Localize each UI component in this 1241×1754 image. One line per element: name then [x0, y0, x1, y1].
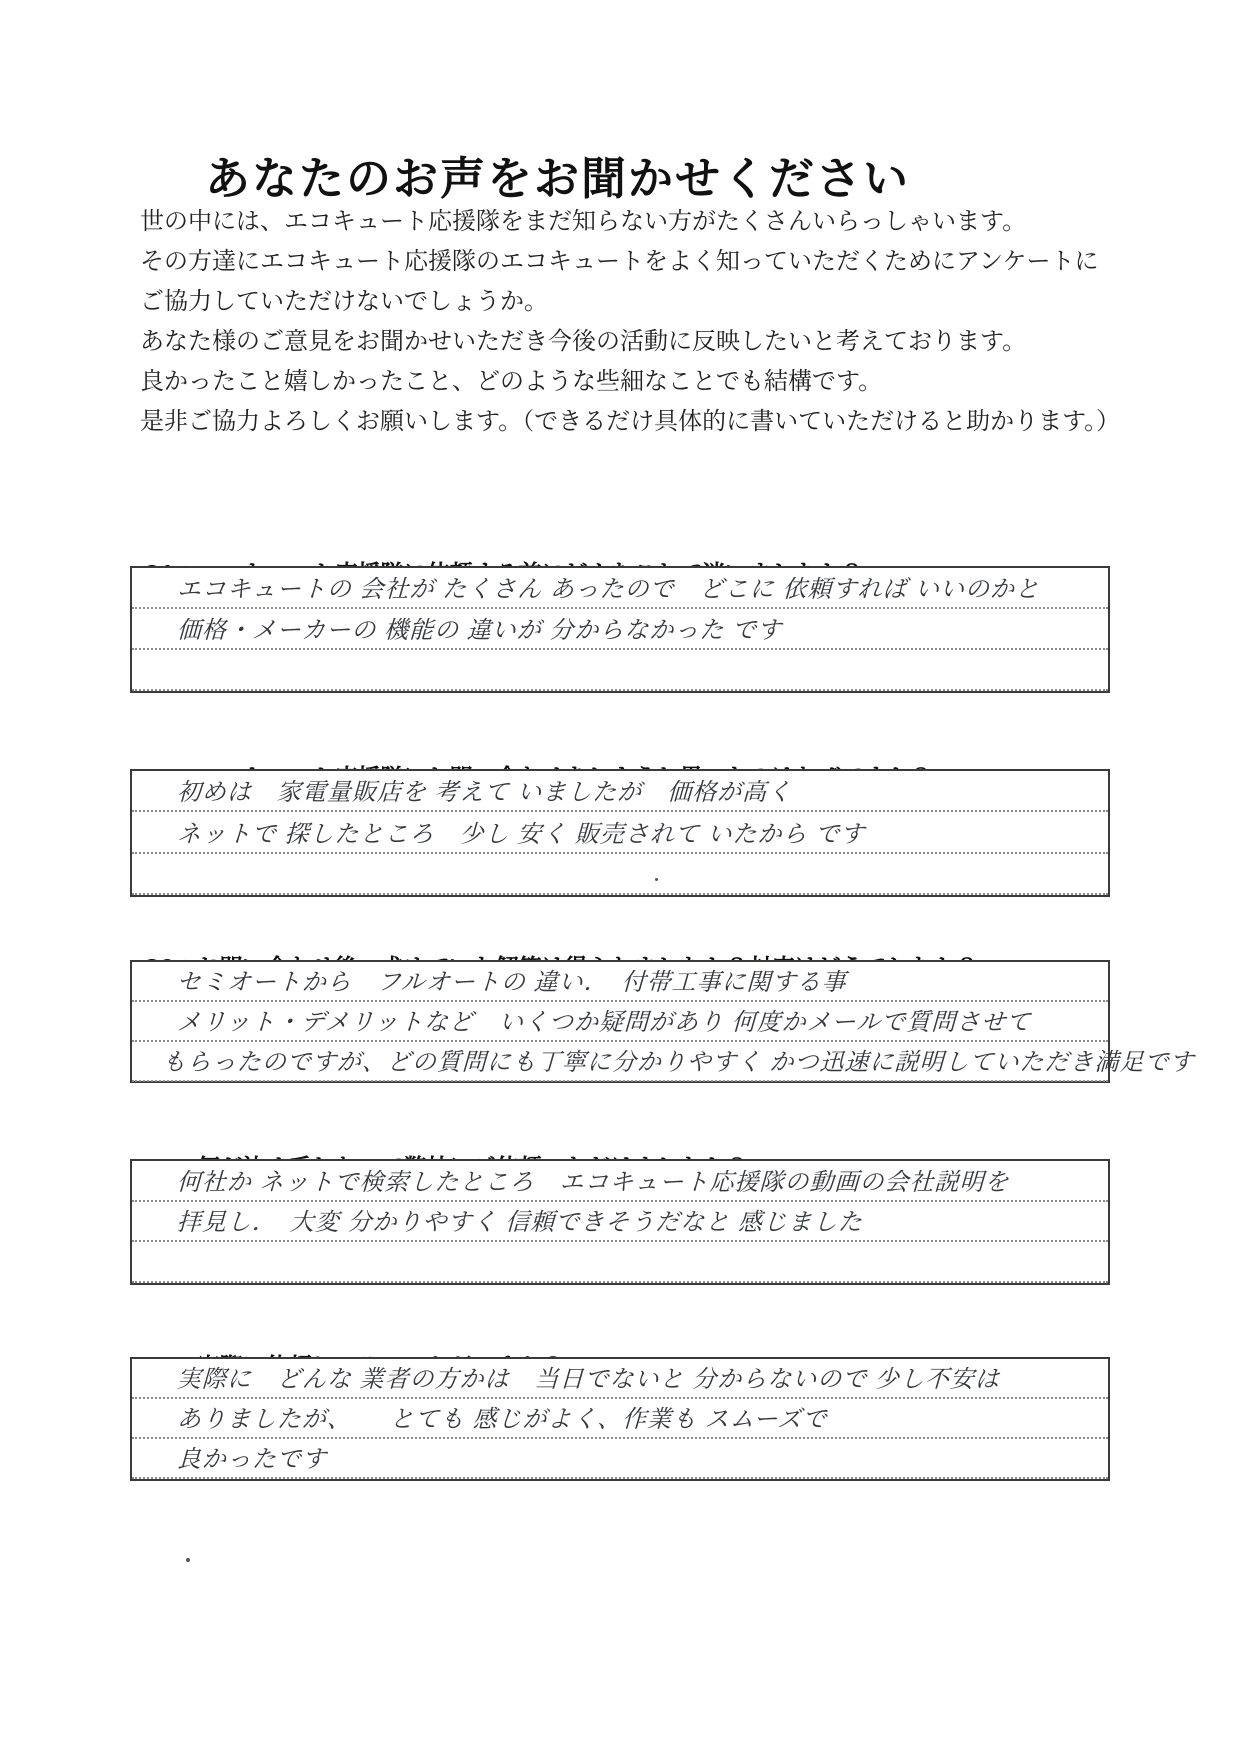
answer-row: ネットで 探したところ 少し 安く 販売されて いたから です — [132, 812, 1108, 853]
scan-artifact-dot — [186, 1558, 190, 1562]
intro-paragraph: 世の中には、エコキュート応援隊をまだ知らない方がたくさんいらっしゃいます。 その… — [140, 202, 1130, 442]
answer-row: セミオートから フルオートの 違い． 付帯工事に関する事 — [132, 962, 1108, 1002]
answer-row: ありましたが、 とても 感じがよく、作業も スムーズで — [132, 1399, 1108, 1439]
answer-row — [132, 1242, 1108, 1283]
intro-line: 是非ご協力よろしくお願いします。（できるだけ具体的に書いていただけると助かります… — [140, 402, 1130, 442]
question-2-answer-box: 初めは 家電量販店を 考えて いましたが 価格が高く ネットで 探したところ 少… — [130, 769, 1110, 897]
scan-artifact-dot — [655, 878, 658, 881]
handwritten-answer-line: もらったのですが、どの質問にも丁寧に分かりやすく かつ迅速に説明していただき満足… — [161, 1042, 1195, 1077]
answer-row: 何社か ネットで検索したところ エコキュート応援隊の動画の会社説明を — [132, 1161, 1108, 1202]
answer-row: エコキュートの 会社が たくさん あったので どこに 依頼すれば いいのかと — [132, 568, 1108, 609]
handwritten-answer-line: 何社か ネットで検索したところ エコキュート応援隊の動画の会社説明を — [176, 1162, 1010, 1197]
handwritten-answer-line: 初めは 家電量販店を 考えて いましたが 価格が高く — [176, 772, 793, 807]
intro-line: ご協力していただけないでしょうか。 — [140, 282, 1130, 322]
question-3-answer-box: セミオートから フルオートの 違い． 付帯工事に関する事 メリット・デメリットな… — [130, 960, 1110, 1083]
intro-line: 世の中には、エコキュート応援隊をまだ知らない方がたくさんいらっしゃいます。 — [140, 202, 1130, 242]
handwritten-answer-line: メリット・デメリットなど いくつか疑問があり 何度かメールで質問させて — [176, 1002, 1032, 1037]
answer-row: 価格・メーカーの 機能の 違いが 分からなかった です — [132, 609, 1108, 650]
intro-line: 良かったこと嬉しかったこと、どのような些細なことでも結構です。 — [140, 362, 1130, 402]
handwritten-answer-line: 拝見し． 大変 分かりやすく 信頼できそうだなと 感じました — [176, 1202, 863, 1237]
handwritten-answer-line: 実際に どんな 業者の方かは 当日でないと 分からないので 少し不安は — [176, 1359, 1000, 1394]
handwritten-answer-line: 良かったです — [176, 1439, 327, 1474]
handwritten-answer-line: ありましたが、 とても 感じがよく、作業も スムーズで — [176, 1399, 828, 1434]
scanned-questionnaire-page: あなたのお声をお聞かせください 世の中には、エコキュート応援隊をまだ知らない方が… — [0, 0, 1241, 1754]
answer-row — [132, 650, 1108, 691]
answer-row: もらったのですが、どの質問にも丁寧に分かりやすく かつ迅速に説明していただき満足… — [132, 1042, 1108, 1082]
handwritten-answer-line: セミオートから フルオートの 違い． 付帯工事に関する事 — [176, 962, 847, 997]
question-1-answer-box: エコキュートの 会社が たくさん あったので どこに 依頼すれば いいのかと 価… — [130, 566, 1110, 693]
handwritten-answer-line: 価格・メーカーの 機能の 違いが 分からなかった です — [176, 610, 782, 645]
answer-row — [132, 854, 1108, 895]
question-4-answer-box: 何社か ネットで検索したところ エコキュート応援隊の動画の会社説明を 拝見し． … — [130, 1159, 1110, 1285]
answer-row: 実際に どんな 業者の方かは 当日でないと 分からないので 少し不安は — [132, 1359, 1108, 1399]
handwritten-answer-line: ネットで 探したところ 少し 安く 販売されて いたから です — [176, 814, 866, 849]
intro-line: あなた様のご意見をお聞かせいただき今後の活動に反映したいと考えております。 — [140, 322, 1130, 362]
intro-line: その方達にエコキュート応援隊のエコキュートをよく知っていただくためにアンケートに — [140, 242, 1130, 282]
answer-row: 拝見し． 大変 分かりやすく 信頼できそうだなと 感じました — [132, 1202, 1108, 1243]
question-5-answer-box: 実際に どんな 業者の方かは 当日でないと 分からないので 少し不安は ありまし… — [130, 1357, 1110, 1481]
answer-row: メリット・デメリットなど いくつか疑問があり 何度かメールで質問させて — [132, 1002, 1108, 1042]
page-title: あなたのお声をお聞かせください — [70, 142, 1045, 207]
answer-row: 良かったです — [132, 1439, 1108, 1479]
answer-row: 初めは 家電量販店を 考えて いましたが 価格が高く — [132, 771, 1108, 812]
handwritten-answer-line: エコキュートの 会社が たくさん あったので どこに 依頼すれば いいのかと — [176, 569, 1040, 604]
